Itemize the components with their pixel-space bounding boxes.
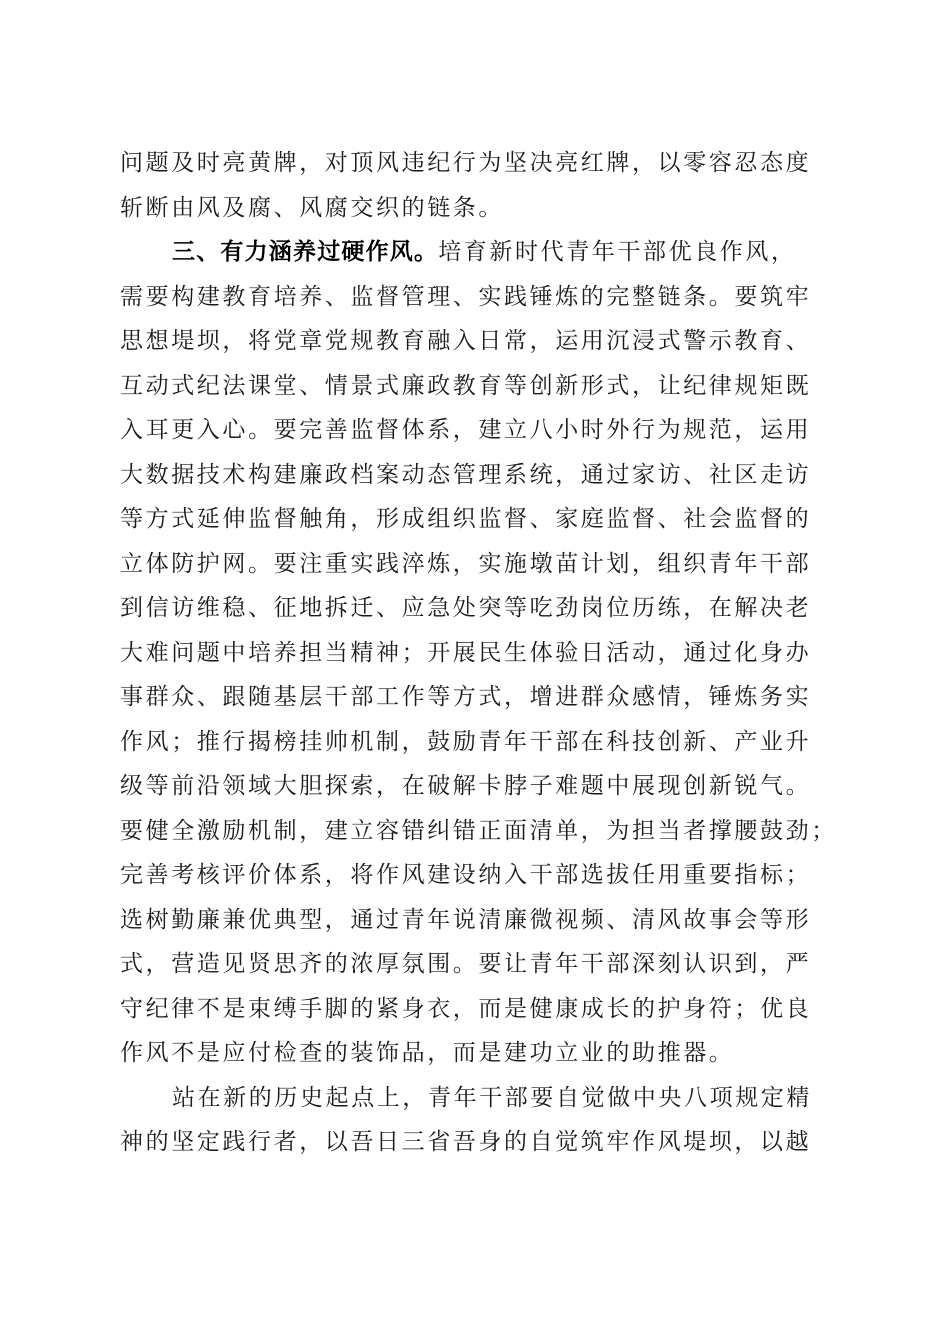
text-line: 思想堤坝，将党章党规教育融入日常，运用沉浸式警示教育、 — [120, 319, 830, 364]
text-line: 大难问题中培养担当精神；开展民生体验日活动，通过化身办 — [120, 631, 830, 676]
text-line: 守纪律不是束缚手脚的紧身衣，而是健康成长的护身符；优良 — [120, 987, 830, 1032]
text-line: 事群众、跟随基层干部工作等方式，增进群众感情，锤炼务实 — [120, 675, 830, 720]
section-heading: 三、有力涵养过硬作风。 — [172, 239, 438, 265]
paragraph-continuation: 问题及时亮黄牌，对顶风违纪行为坚决亮红牌，以零容忍态度 斩断由风及腐、风腐交织的… — [120, 141, 830, 230]
text-line: 需要构建教育培养、监督管理、实践锤炼的完整链条。要筑牢 — [120, 275, 830, 320]
text-line: 级等前沿领域大胆探索，在破解卡脖子难题中展现创新锐气。 — [120, 764, 830, 809]
text-line: 作风；推行揭榜挂帅机制，鼓励青年干部在科技创新、产业升 — [120, 720, 830, 765]
text-line: 作风不是应付检查的装饰品，而是建功立业的助推器。 — [120, 1031, 830, 1076]
paragraph-section-three: 三、有力涵养过硬作风。培育新时代青年干部优良作风， 需要构建教育培养、监督管理、… — [120, 230, 830, 1076]
text-fragment: 培育新时代青年干部优良作风， — [438, 239, 796, 265]
text-line: 立体防护网。要注重实践淬炼，实施墩苗计划，组织青年干部 — [120, 542, 830, 587]
paragraph-conclusion: 站在新的历史起点上，青年干部要自觉做中央八项规定精 神的坚定践行者，以吾日三省吾… — [120, 1076, 830, 1165]
text-line: 选树勤廉兼优典型，通过青年说清廉微视频、清风故事会等形 — [120, 898, 830, 943]
text-line: 互动式纪法课堂、情景式廉政教育等创新形式，让纪律规矩既 — [120, 364, 830, 409]
text-line: 要健全激励机制，建立容错纠错正面清单，为担当者撑腰鼓劲； — [120, 809, 830, 854]
text-line: 大数据技术构建廉政档案动态管理系统，通过家访、社区走访 — [120, 453, 830, 498]
section-heading-line: 三、有力涵养过硬作风。培育新时代青年干部优良作风， — [120, 230, 830, 275]
text-line: 到信访维稳、征地拆迁、应急处突等吃劲岗位历练，在解决老 — [120, 586, 830, 631]
text-line: 式，营造见贤思齐的浓厚氛围。要让青年干部深刻认识到，严 — [120, 942, 830, 987]
text-line: 问题及时亮黄牌，对顶风违纪行为坚决亮红牌，以零容忍态度 — [120, 141, 830, 186]
text-line: 斩断由风及腐、风腐交织的链条。 — [120, 186, 830, 231]
text-line: 站在新的历史起点上，青年干部要自觉做中央八项规定精 — [120, 1076, 830, 1121]
document-page: 问题及时亮黄牌，对顶风违纪行为坚决亮红牌，以零容忍态度 斩断由风及腐、风腐交织的… — [120, 141, 830, 1165]
text-line: 神的坚定践行者，以吾日三省吾身的自觉筑牢作风堤坝，以越 — [120, 1120, 830, 1165]
text-line: 完善考核评价体系，将作风建设纳入干部选拔任用重要指标； — [120, 853, 830, 898]
text-line: 等方式延伸监督触角，形成组织监督、家庭监督、社会监督的 — [120, 497, 830, 542]
text-line: 入耳更入心。要完善监督体系，建立八小时外行为规范，运用 — [120, 408, 830, 453]
